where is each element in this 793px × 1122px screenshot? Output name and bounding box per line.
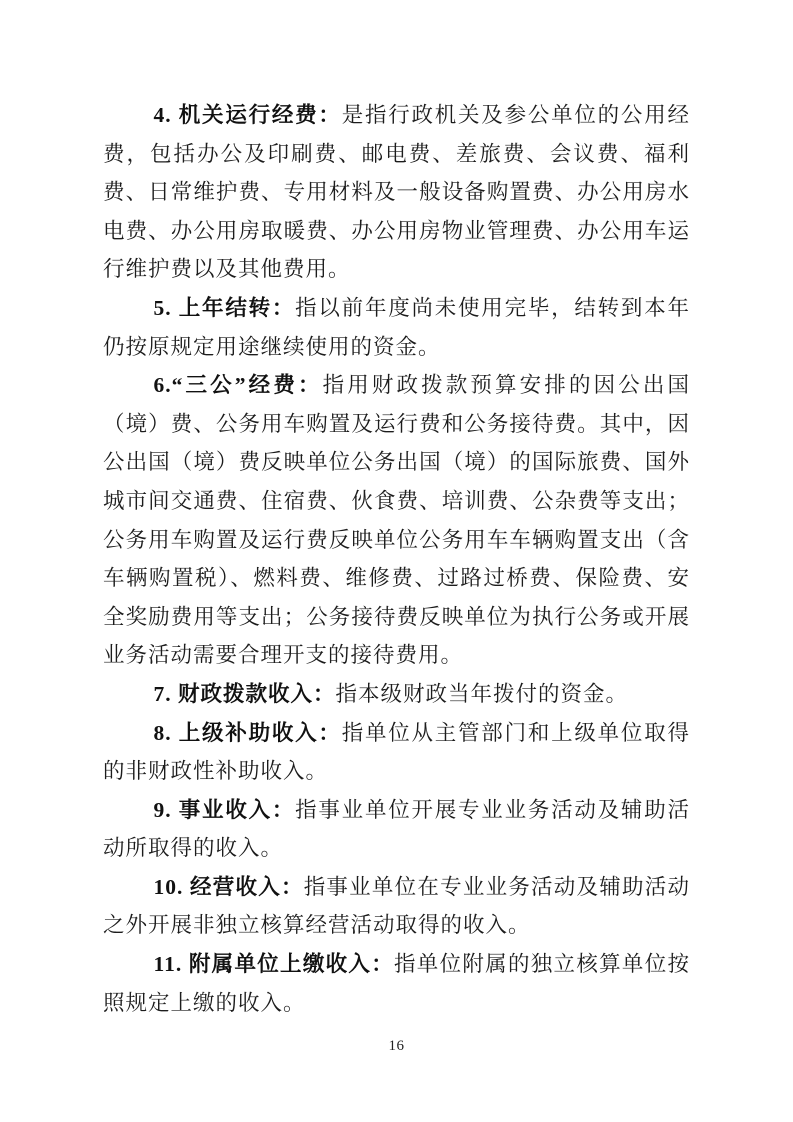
- term-definition: 是指行政机关及参公单位的公用经费，包括办公及印刷费、邮电费、差旅费、会议费、福利…: [103, 103, 690, 281]
- definition-paragraph: 7. 财政拨款收入：指本级财政当年拨付的资金。: [103, 675, 690, 714]
- term-label: 10. 经营收入：: [154, 875, 304, 899]
- definition-paragraph: 4. 机关运行经费：是指行政机关及参公单位的公用经费，包括办公及印刷费、邮电费、…: [103, 96, 690, 289]
- definition-paragraph: 10. 经营收入：指事业单位在专业业务活动及辅助活动之外开展非独立核算经营活动取…: [103, 868, 690, 945]
- term-label: 7. 财政拨款收入：: [154, 682, 336, 706]
- term-label: 4. 机关运行经费：: [154, 103, 342, 127]
- term-definition: 指本级财政当年拨付的资金。: [336, 682, 629, 706]
- document-page: 4. 机关运行经费：是指行政机关及参公单位的公用经费，包括办公及印刷费、邮电费、…: [0, 0, 793, 1122]
- definition-paragraph: 9. 事业收入：指事业单位开展专业业务活动及辅助活动所取得的收入。: [103, 791, 690, 868]
- document-body: 4. 机关运行经费：是指行政机关及参公单位的公用经费，包括办公及印刷费、邮电费、…: [103, 96, 690, 1022]
- definition-paragraph: 8. 上级补助收入：指单位从主管部门和上级单位取得的非财政性补助收入。: [103, 714, 690, 791]
- definition-paragraph: 5. 上年结转：指以前年度尚未使用完毕，结转到本年仍按原规定用途继续使用的资金。: [103, 289, 690, 366]
- term-label: 5. 上年结转：: [154, 296, 296, 320]
- definition-paragraph: 11. 附属单位上缴收入：指单位附属的独立核算单位按照规定上缴的收入。: [103, 945, 690, 1022]
- page-number: 16: [0, 1038, 793, 1055]
- term-definition: 指用财政拨款预算安排的因公出国（境）费、公务用车购置及运行费和公务接待费。其中，…: [103, 373, 690, 667]
- term-label: 11. 附属单位上缴收入：: [154, 952, 394, 976]
- term-label: 8. 上级补助收入：: [154, 721, 342, 745]
- definition-paragraph: 6.“三公”经费：指用财政拨款预算安排的因公出国（境）费、公务用车购置及运行费和…: [103, 366, 690, 675]
- term-label: 6.“三公”经费：: [154, 373, 323, 397]
- term-label: 9. 事业收入：: [154, 798, 296, 822]
